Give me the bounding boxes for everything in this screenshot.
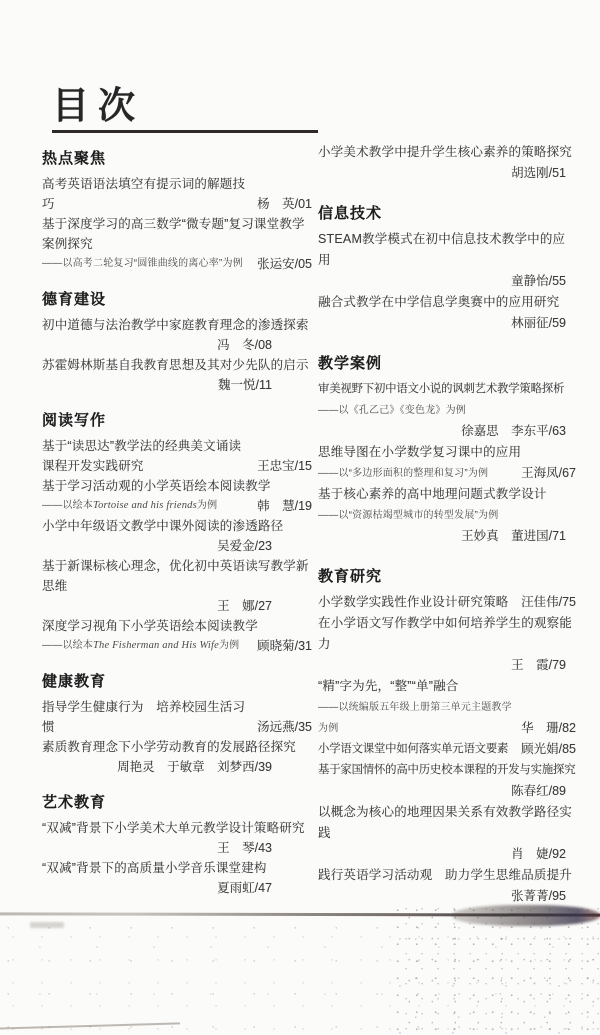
entry-title: “双减”背景下小学美术大单元教学设计策略研究 [42,818,312,838]
entry-title: 基于核心素养的高中地理问题式教学设计 [318,484,576,505]
entry-authors: 冯 冬/08 [42,335,312,355]
toc-left-column: 目次 热点聚焦 高考英语语法填空有提示词的解题技巧杨 英/01 基于深度学习的高… [42,86,312,898]
toc-entry: 小学中年级语文教学中课外阅读的渗透路径 吴爱金/23 [42,516,312,556]
section-health-education: 健康教育 指导学生健康行为 培养校园生活习惯汤远燕/35 素质教育理念下小学劳动… [42,672,312,777]
toc-entry: STEAM教学模式在初中信息技术教学中的应用 童静怡/55 [318,229,576,292]
section-art-education: 艺术教育 “双减”背景下小学美术大单元教学设计策略研究 王 琴/43 “双减”背… [42,793,312,898]
toc-entry: 素质教育理念下小学劳动教育的发展路径探究 周艳灵 于敏章 刘梦西/39 [42,737,312,777]
entry-title: 素质教育理念下小学劳动教育的发展路径探究 [42,737,312,757]
toc-entry: 小学语文课堂中如何落实单元语文要素顾光娟/85 [318,739,576,760]
entry-title: 基于家国情怀的高中历史校本课程的开发与实施探究 [318,760,576,781]
entry-title: 小学中年级语文教学中课外阅读的渗透路径 [42,516,312,536]
section-reading-writing: 阅读写作 基于“读思达”教学法的经典美文诵读课程开发实践研究王忠宝/15 基于学… [42,411,312,656]
english-book-title: Tortoise and his friends [93,500,197,511]
entry-title: “双减”背景下的高质量小学音乐课堂建构 [42,858,312,878]
entry-authors: 林丽征/59 [318,313,576,334]
entry-title: 基于深度学习的高三数学“微专题”复习课堂教学案例探究 [42,214,312,254]
entry-title: 苏霍姆林斯基自我教育思想及其对少先队的启示 [42,355,312,375]
toc-entry: 苏霍姆林斯基自我教育思想及其对少先队的启示 魏一悦/11 [42,355,312,395]
entry-title: 基于新课标核心理念，优化初中英语读写教学新思维 [42,556,312,596]
toc-entry: 审美视野下初中语文小说的讽刺艺术教学策略探析 ——以《孔乙己》《变色龙》为例 徐… [318,379,576,442]
entry-authors: 魏一悦/11 [42,375,312,395]
entry-authors: 王妙真 董进国/71 [318,526,576,547]
toc-right-column: 小学美术教学中提升学生核心素养的策略探究 胡选刚/51 信息技术 STEAM教学… [318,142,576,907]
scan-noise-right [392,906,600,1035]
entry-subtitle: ——以绘本Tortoise and his friends为例 [42,496,217,516]
toc-entry: 融合式教学在中学信息学奥赛中的应用研究 林丽征/59 [318,292,576,334]
entry-authors: 王 娜/27 [42,596,312,616]
entry-title: 基于“读思达”教学法的经典美文诵读课程开发实践研究 [42,436,251,476]
toc-entry: 基于新课标核心理念，优化初中英语读写教学新思维 王 娜/27 [42,556,312,616]
entry-authors: 吴爱金/23 [42,536,312,556]
entry-title: 融合式教学在中学信息学奥赛中的应用研究 [318,292,576,313]
entry-authors: 童静怡/55 [318,271,576,292]
section-heading: 德育建设 [42,290,312,310]
entry-authors: 顾晓菊/31 [257,636,312,656]
entry-subtitle: ——以“资源枯竭型城市的转型发展”为例 [318,505,576,526]
title-underline [52,130,318,133]
entry-authors: 徐嘉思 李东平/63 [318,421,576,442]
entry-title: STEAM教学模式在初中信息技术教学中的应用 [318,229,576,271]
entry-title: 在小学语文写作教学中如何培养学生的观察能力 [318,613,576,655]
entry-authors: 王海凤/67 [521,463,576,484]
section-heading: 热点聚焦 [42,149,312,169]
scan-smudge [30,922,64,928]
entry-authors: 张运安/05 [257,254,312,274]
entry-subtitle: ——以高考二轮复习“圆锥曲线的离心率”为例 [42,254,243,274]
entry-authors: 王 霞/79 [318,655,576,676]
toc-entry: 践行英语学习活动观 助力学生思维品质提升 张菁菁/95 [318,865,576,907]
entry-title: 小学语文课堂中如何落实单元语文要素 [318,739,508,760]
entry-title: 小学数学实践性作业设计研究策略 [318,592,509,613]
toc-entry: “精”字为先，“整”“单”融合 ——以统编版五年级上册第三单元主题教学为例华 珊… [318,676,576,739]
page-title: 目次 [52,86,318,128]
entry-title: 基于学习活动观的小学英语绘本阅读教学 [42,476,312,496]
journal-toc-page: { "page_title": "目次", "colors": { "ink":… [0,0,600,1035]
toc-entry: 基于“读思达”教学法的经典美文诵读课程开发实践研究王忠宝/15 [42,436,312,476]
entry-subtitle: ——以绘本The Fisherman and His Wife为例 [42,636,239,656]
toc-entry: 小学美术教学中提升学生核心素养的策略探究 胡选刚/51 [318,142,576,184]
toc-entry: 初中道德与法治教学中家庭教育理念的渗透探索 冯 冬/08 [42,315,312,355]
toc-entry: 高考英语语法填空有提示词的解题技巧杨 英/01 [42,174,312,214]
section-education-research: 教育研究 小学数学实践性作业设计研究策略汪佳伟/75 在小学语文写作教学中如何培… [318,567,576,907]
entry-authors: 汤远燕/35 [257,717,312,737]
section-heading: 信息技术 [318,204,576,224]
section-heading: 健康教育 [42,672,312,692]
section-information-technology: 信息技术 STEAM教学模式在初中信息技术教学中的应用 童静怡/55 融合式教学… [318,204,576,334]
toc-entry: 深度学习视角下小学英语绘本阅读教学 ——以绘本The Fisherman and… [42,616,312,656]
toc-entry: “双减”背景下的高质量小学音乐课堂建构 夏雨虹/47 [42,858,312,898]
entry-authors: 胡选刚/51 [318,163,576,184]
entry-title: 初中道德与法治教学中家庭教育理念的渗透探索 [42,315,312,335]
entry-subtitle: ——以《孔乙己》《变色龙》为例 [318,400,576,421]
entry-authors: 顾光娟/85 [521,739,576,760]
entry-title: 思维导图在小学数学复习课中的应用 [318,442,576,463]
toc-entry: 基于家国情怀的高中历史校本课程的开发与实施探究 陈春红/89 [318,760,576,802]
entry-title: 小学美术教学中提升学生核心素养的策略探究 [318,142,576,163]
entry-title: 以概念为核心的地理因果关系有效教学路径实践 [318,802,576,844]
section-teaching-cases: 教学案例 审美视野下初中语文小说的讽刺艺术教学策略探析 ——以《孔乙己》《变色龙… [318,354,576,547]
section-hot-topics: 热点聚焦 高考英语语法填空有提示词的解题技巧杨 英/01 基于深度学习的高三数学… [42,149,312,274]
toc-entry: 思维导图在小学数学复习课中的应用 ——以“多边形面积的整理和复习”为例王海凤/6… [318,442,576,484]
entry-authors: 张菁菁/95 [318,886,576,907]
section-art-education-cont: 小学美术教学中提升学生核心素养的策略探究 胡选刚/51 [318,142,576,184]
section-heading: 阅读写作 [42,411,312,431]
entry-authors: 杨 英/01 [257,194,312,214]
english-book-title: The Fisherman and His Wife [93,640,219,651]
entry-authors: 陈春红/89 [318,781,576,802]
entry-authors: 王忠宝/15 [257,456,312,476]
toc-entry: 指导学生健康行为 培养校园生活习惯汤远燕/35 [42,697,312,737]
entry-title: 践行英语学习活动观 助力学生思维品质提升 [318,865,576,886]
entry-authors: 华 珊/82 [521,718,576,739]
toc-entry: “双减”背景下小学美术大单元教学设计策略研究 王 琴/43 [42,818,312,858]
entry-authors: 周艳灵 于敏章 刘梦西/39 [42,757,312,777]
entry-title: 审美视野下初中语文小说的讽刺艺术教学策略探析 [318,379,576,400]
toc-entry: 在小学语文写作教学中如何培养学生的观察能力 王 霞/79 [318,613,576,676]
section-moral-education: 德育建设 初中道德与法治教学中家庭教育理念的渗透探索 冯 冬/08 苏霍姆林斯基… [42,290,312,395]
entry-authors: 汪佳伟/75 [521,592,576,613]
toc-entry: 基于核心素养的高中地理问题式教学设计 ——以“资源枯竭型城市的转型发展”为例 王… [318,484,576,547]
section-heading: 艺术教育 [42,793,312,813]
entry-authors: 韩 慧/19 [257,496,312,516]
entry-subtitle: ——以统编版五年级上册第三单元主题教学为例 [318,697,515,739]
entry-title: 指导学生健康行为 培养校园生活习惯 [42,697,251,737]
entry-authors: 肖 婕/92 [318,844,576,865]
section-heading: 教育研究 [318,567,576,587]
toc-entry: 以概念为核心的地理因果关系有效教学路径实践 肖 婕/92 [318,802,576,865]
toc-entry: 基于学习活动观的小学英语绘本阅读教学 ——以绘本Tortoise and his… [42,476,312,516]
entry-authors: 王 琴/43 [42,838,312,858]
entry-title: 高考英语语法填空有提示词的解题技巧 [42,174,251,214]
entry-title: “精”字为先，“整”“单”融合 [318,676,576,697]
toc-entry: 基于深度学习的高三数学“微专题”复习课堂教学案例探究 ——以高考二轮复习“圆锥曲… [42,214,312,274]
page-title-block: 目次 [52,86,318,133]
entry-title: 深度学习视角下小学英语绘本阅读教学 [42,616,312,636]
section-heading: 教学案例 [318,354,576,374]
entry-authors: 夏雨虹/47 [42,878,312,898]
entry-subtitle: ——以“多边形面积的整理和复习”为例 [318,463,488,484]
toc-entry: 小学数学实践性作业设计研究策略汪佳伟/75 [318,592,576,613]
